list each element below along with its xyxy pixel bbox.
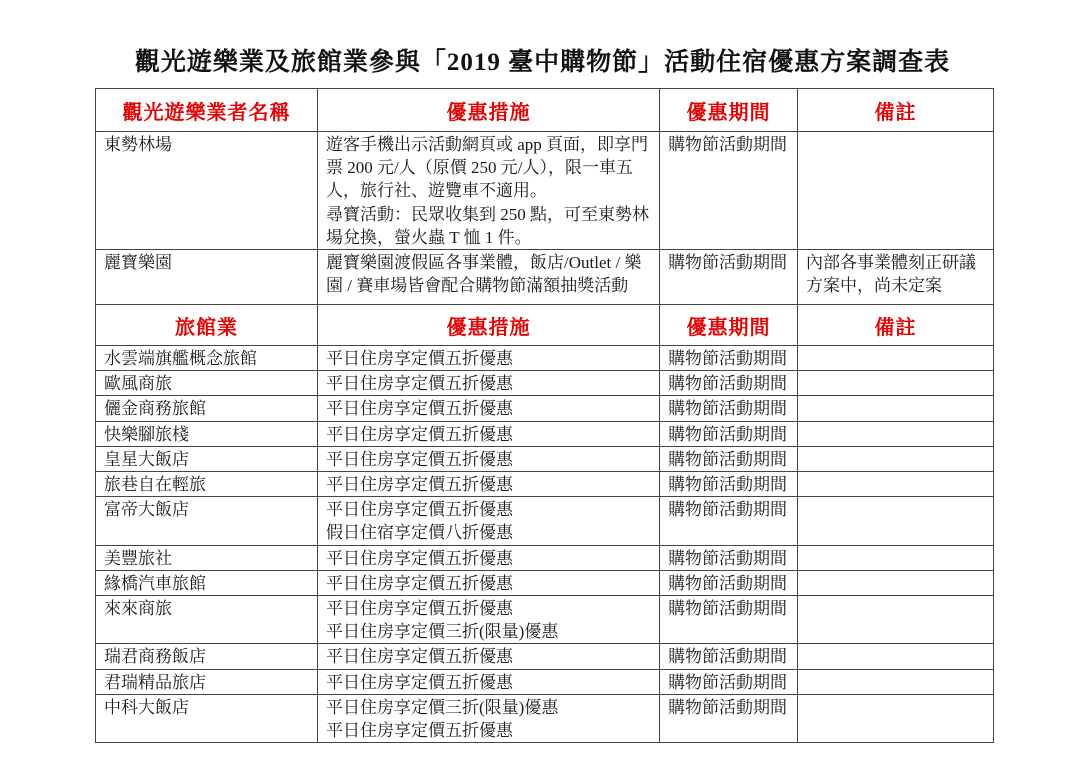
note-cell: [798, 396, 994, 421]
table-row: 東勢林場 遊客手機出示活動網頁或 app 頁面，即享門票 200 元/人（原價 …: [96, 132, 994, 250]
offer-cell: 平日住房享定價五折優惠: [318, 669, 660, 694]
table-row: 旅巷自在輕旅 平日住房享定價五折優惠 購物節活動期間: [96, 472, 994, 497]
header-cell-note: 備註: [798, 305, 994, 346]
header-cell-period: 優惠期間: [660, 89, 798, 132]
table-row: 中科大飯店 平日住房享定價三折(限量)優惠 平日住房享定價五折優惠 購物節活動期…: [96, 694, 994, 742]
note-cell: [798, 497, 994, 545]
offer-cell: 平日住房享定價五折優惠 平日住房享定價三折(限量)優惠: [318, 596, 660, 644]
table-row: 水雲端旗艦概念旅館 平日住房享定價五折優惠 購物節活動期間: [96, 346, 994, 371]
note-cell: [798, 346, 994, 371]
page-title: 觀光遊樂業及旅館業參與「2019 臺中購物節」活動住宿優惠方案調查表: [0, 0, 1085, 78]
period-cell: 購物節活動期間: [660, 669, 798, 694]
note-cell: [798, 132, 994, 250]
period-cell: 購物節活動期間: [660, 472, 798, 497]
offer-cell: 平日住房享定價五折優惠: [318, 421, 660, 446]
header-cell-period: 優惠期間: [660, 305, 798, 346]
note-cell: [798, 446, 994, 471]
note-cell: [798, 694, 994, 742]
note-cell: [798, 644, 994, 669]
table-row: 君瑞精品旅店 平日住房享定價五折優惠 購物節活動期間: [96, 669, 994, 694]
offer-cell: 平日住房享定價五折優惠: [318, 570, 660, 595]
business-name-cell: 麗寶樂園: [96, 250, 318, 305]
table-row: 皇星大飯店 平日住房享定價五折優惠 購物節活動期間: [96, 446, 994, 471]
business-name-cell: 旅巷自在輕旅: [96, 472, 318, 497]
table-row: 來來商旅 平日住房享定價五折優惠 平日住房享定價三折(限量)優惠 購物節活動期間: [96, 596, 994, 644]
offer-cell: 平日住房享定價五折優惠: [318, 472, 660, 497]
business-name-cell: 儷金商務旅館: [96, 396, 318, 421]
offer-cell: 平日住房享定價五折優惠: [318, 545, 660, 570]
note-cell: 內部各事業體刻正研議方案中，尚未定案: [798, 250, 994, 305]
business-name-cell: 東勢林場: [96, 132, 318, 250]
period-cell: 購物節活動期間: [660, 570, 798, 595]
table-row: 麗寶樂園 麗寶樂園渡假區各事業體，飯店/Outlet / 樂園 / 賽車場皆會配…: [96, 250, 994, 305]
hotel-header-row: 旅館業 優惠措施 優惠期間 備註: [96, 305, 994, 346]
survey-table: 觀光遊樂業者名稱 優惠措施 優惠期間 備註 東勢林場 遊客手機出示活動網頁或 a…: [95, 88, 994, 743]
note-cell: [798, 421, 994, 446]
period-cell: 購物節活動期間: [660, 644, 798, 669]
offer-cell: 平日住房享定價五折優惠: [318, 396, 660, 421]
business-name-cell: 瑞君商務飯店: [96, 644, 318, 669]
period-cell: 購物節活動期間: [660, 371, 798, 396]
note-cell: [798, 371, 994, 396]
table-row: 富帝大飯店 平日住房享定價五折優惠 假日住宿享定價八折優惠 購物節活動期間: [96, 497, 994, 545]
business-name-cell: 緣橋汽車旅館: [96, 570, 318, 595]
table-row: 快樂腳旅棧 平日住房享定價五折優惠 購物節活動期間: [96, 421, 994, 446]
note-cell: [798, 596, 994, 644]
period-cell: 購物節活動期間: [660, 421, 798, 446]
business-name-cell: 快樂腳旅棧: [96, 421, 318, 446]
header-cell-note: 備註: [798, 89, 994, 132]
note-cell: [798, 669, 994, 694]
document-page: 觀光遊樂業及旅館業參與「2019 臺中購物節」活動住宿優惠方案調查表 觀光遊樂業…: [0, 0, 1085, 768]
offer-cell: 平日住房享定價五折優惠: [318, 371, 660, 396]
period-cell: 購物節活動期間: [660, 346, 798, 371]
offer-cell: 平日住房享定價五折優惠: [318, 446, 660, 471]
offer-cell: 遊客手機出示活動網頁或 app 頁面，即享門票 200 元/人（原價 250 元…: [318, 132, 660, 250]
note-cell: [798, 545, 994, 570]
offer-cell: 麗寶樂園渡假區各事業體，飯店/Outlet / 樂園 / 賽車場皆會配合購物節滿…: [318, 250, 660, 305]
business-name-cell: 君瑞精品旅店: [96, 669, 318, 694]
business-name-cell: 富帝大飯店: [96, 497, 318, 545]
business-name-cell: 來來商旅: [96, 596, 318, 644]
period-cell: 購物節活動期間: [660, 250, 798, 305]
amusement-header-row: 觀光遊樂業者名稱 優惠措施 優惠期間 備註: [96, 89, 994, 132]
offer-cell: 平日住房享定價五折優惠: [318, 346, 660, 371]
table-row: 歐風商旅 平日住房享定價五折優惠 購物節活動期間: [96, 371, 994, 396]
table-row: 瑞君商務飯店 平日住房享定價五折優惠 購物節活動期間: [96, 644, 994, 669]
table-row: 緣橋汽車旅館 平日住房享定價五折優惠 購物節活動期間: [96, 570, 994, 595]
period-cell: 購物節活動期間: [660, 446, 798, 471]
business-name-cell: 美豐旅社: [96, 545, 318, 570]
period-cell: 購物節活動期間: [660, 396, 798, 421]
period-cell: 購物節活動期間: [660, 596, 798, 644]
header-cell-offer: 優惠措施: [318, 89, 660, 132]
table-row: 美豐旅社 平日住房享定價五折優惠 購物節活動期間: [96, 545, 994, 570]
table-row: 儷金商務旅館 平日住房享定價五折優惠 購物節活動期間: [96, 396, 994, 421]
period-cell: 購物節活動期間: [660, 545, 798, 570]
offer-cell: 平日住房享定價五折優惠: [318, 644, 660, 669]
business-name-cell: 歐風商旅: [96, 371, 318, 396]
header-cell-hotel-industry: 旅館業: [96, 305, 318, 346]
note-cell: [798, 472, 994, 497]
business-name-cell: 皇星大飯店: [96, 446, 318, 471]
note-cell: [798, 570, 994, 595]
header-cell-business-name: 觀光遊樂業者名稱: [96, 89, 318, 132]
offer-cell: 平日住房享定價五折優惠 假日住宿享定價八折優惠: [318, 497, 660, 545]
period-cell: 購物節活動期間: [660, 694, 798, 742]
header-cell-offer: 優惠措施: [318, 305, 660, 346]
period-cell: 購物節活動期間: [660, 497, 798, 545]
business-name-cell: 水雲端旗艦概念旅館: [96, 346, 318, 371]
offer-cell: 平日住房享定價三折(限量)優惠 平日住房享定價五折優惠: [318, 694, 660, 742]
business-name-cell: 中科大飯店: [96, 694, 318, 742]
period-cell: 購物節活動期間: [660, 132, 798, 250]
